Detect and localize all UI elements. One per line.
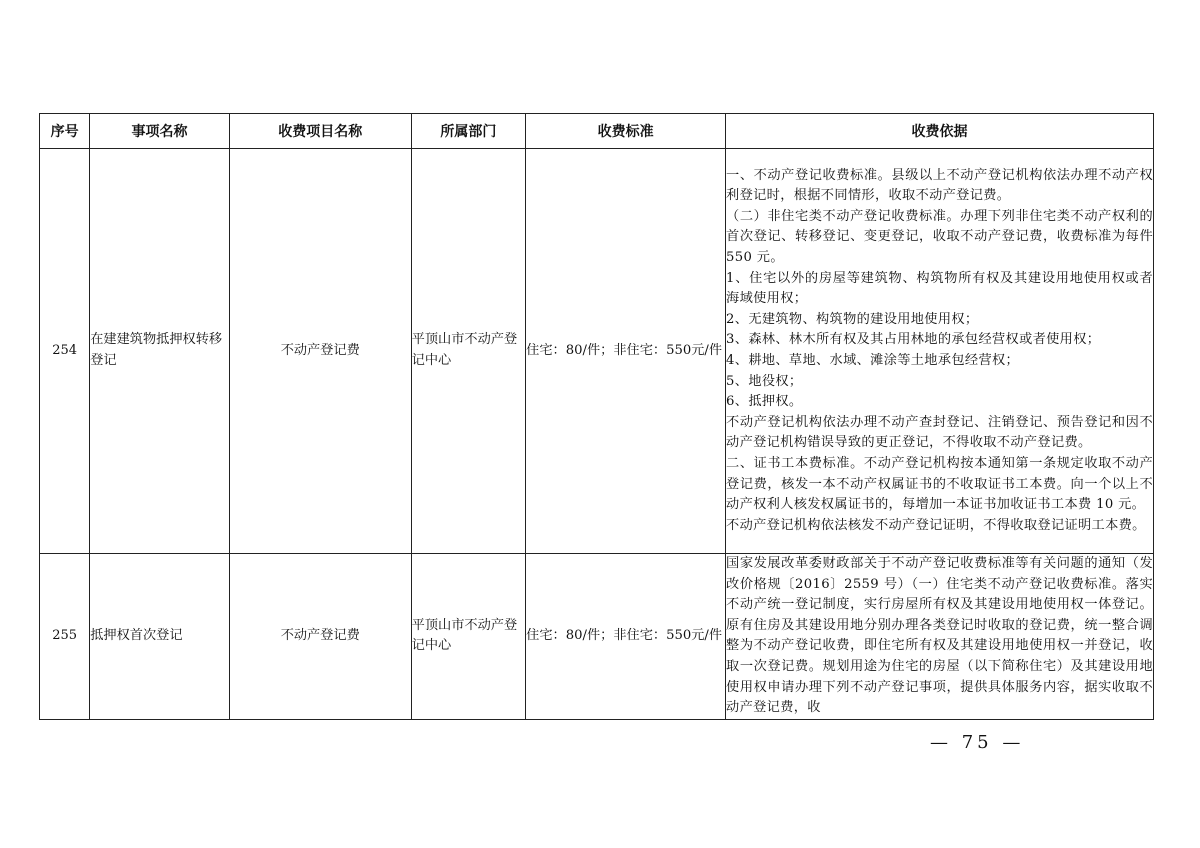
basis-paragraph: 国家发展改革委财政部关于不动产登记收费标准等有关问题的通知（发改价格规〔2016… [726, 554, 1153, 719]
basis-paragraph: 二、证书工本费标准。不动产登记机构按本通知第一条规定收取不动产登记费，核发一本不… [726, 454, 1153, 516]
header-basis: 收费依据 [726, 114, 1154, 149]
basis-paragraph: （二）非住宅类不动产登记收费标准。办理下列非住宅类不动产权利的首次登记、转移登记… [726, 207, 1153, 269]
basis-paragraph: 一、不动产登记收费标准。县级以上不动产登记机构依法办理不动产权利登记时，根据不同… [726, 166, 1153, 207]
cell-department: 平顶山市不动产登记中心 [411, 149, 526, 554]
fee-table: 序号 事项名称 收费项目名称 所属部门 收费标准 收费依据 254 在建建筑物抵… [39, 113, 1154, 720]
basis-paragraph: 1、住宅以外的房屋等建筑物、构筑物所有权及其建设用地使用权或者海域使用权； [726, 269, 1153, 310]
cell-basis: 一、不动产登记收费标准。县级以上不动产登记机构依法办理不动产权利登记时，根据不同… [726, 149, 1154, 554]
cell-basis: 国家发展改革委财政部关于不动产登记收费标准等有关问题的通知（发改价格规〔2016… [726, 554, 1154, 720]
basis-paragraph: 3、森林、林木所有权及其占用林地的承包经营权或者使用权； [726, 330, 1153, 351]
cell-fee-name: 不动产登记费 [229, 149, 411, 554]
basis-paragraph: 不动产登记机构依法核发不动产登记证明，不得收取登记证明工本费。 [726, 516, 1153, 537]
table-row: 255 抵押权首次登记 不动产登记费 平顶山市不动产登记中心 住宅：80/件；非… [40, 554, 1154, 720]
cell-fee-name: 不动产登记费 [229, 554, 411, 720]
basis-paragraph: 不动产登记机构依法办理不动产查封登记、注销登记、预告登记和因不动产登记机构错误导… [726, 413, 1153, 454]
cell-index: 254 [40, 149, 90, 554]
cell-standard: 住宅：80/件；非住宅：550元/件 [526, 554, 726, 720]
cell-index: 255 [40, 554, 90, 720]
cell-standard: 住宅：80/件；非住宅：550元/件 [526, 149, 726, 554]
basis-paragraph: 4、耕地、草地、水域、滩涂等土地承包经营权； [726, 351, 1153, 372]
page-number: — 75 — [930, 732, 1024, 753]
cell-item-name: 在建建筑物抵押权转移登记 [90, 149, 230, 554]
document-page: 序号 事项名称 收费项目名称 所属部门 收费标准 收费依据 254 在建建筑物抵… [0, 0, 1200, 848]
header-department: 所属部门 [411, 114, 526, 149]
header-index: 序号 [40, 114, 90, 149]
basis-paragraph: 6、抵押权。 [726, 392, 1153, 413]
table-row: 254 在建建筑物抵押权转移登记 不动产登记费 平顶山市不动产登记中心 住宅：8… [40, 149, 1154, 554]
header-standard: 收费标准 [526, 114, 726, 149]
basis-paragraph: 2、无建筑物、构筑物的建设用地使用权； [726, 310, 1153, 331]
table-header-row: 序号 事项名称 收费项目名称 所属部门 收费标准 收费依据 [40, 114, 1154, 149]
header-item-name: 事项名称 [90, 114, 230, 149]
cell-item-name: 抵押权首次登记 [90, 554, 230, 720]
basis-paragraph: 5、地役权； [726, 372, 1153, 393]
header-fee-name: 收费项目名称 [229, 114, 411, 149]
cell-department: 平顶山市不动产登记中心 [411, 554, 526, 720]
